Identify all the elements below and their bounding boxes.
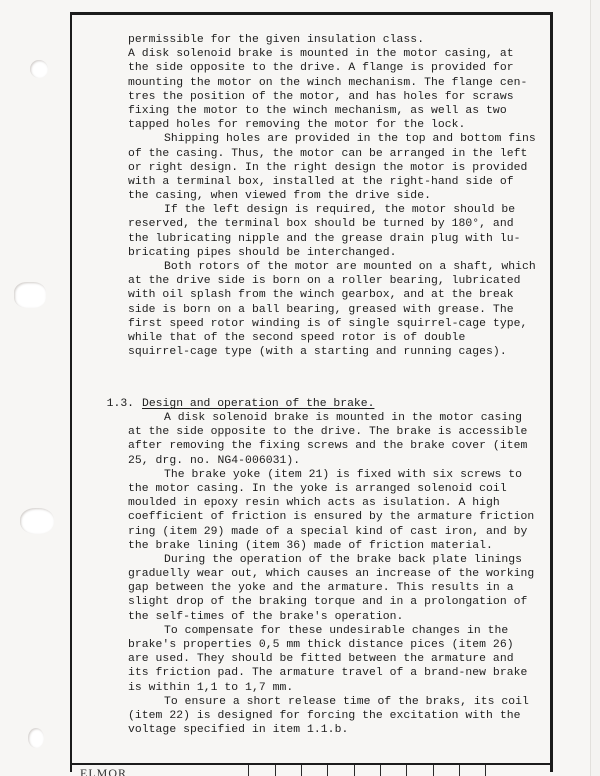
text-line: graduelly wear out, which causes an incr… <box>128 567 558 581</box>
text-line: Both rotors of the motor are mounted on … <box>128 260 558 274</box>
text-line: moulded in epoxy resin which acts as isu… <box>128 496 558 510</box>
title-block-divider <box>459 765 460 776</box>
text-line: the lubricating nipple and the grease dr… <box>128 232 558 246</box>
title-block-divider <box>327 765 328 776</box>
text-line: squirrel-cage type (with a starting and … <box>128 345 558 359</box>
title-block-divider <box>301 765 302 776</box>
punch-hole-lower-middle <box>20 508 54 534</box>
section-title: Design and operation of the brake. <box>142 398 374 410</box>
text-line: coefficient of friction is ensured by th… <box>128 510 558 524</box>
text-line: The brake yoke (item 21) is fixed with s… <box>128 468 558 482</box>
text-line: To ensure a short release time of the br… <box>128 695 558 709</box>
title-block-divider <box>248 765 249 776</box>
text-line: To compensate for these undesirable chan… <box>128 624 558 638</box>
text-line: brake's properties 0,5 mm thick distance… <box>128 638 558 652</box>
text-line: If the left design is required, the moto… <box>128 203 558 217</box>
text-line: During the operation of the brake back p… <box>128 553 558 567</box>
text-line: is within 1,1 to 1,7 mm. <box>128 681 558 695</box>
text-line: of the casing. Thus, the motor can be ar… <box>128 147 558 161</box>
title-block-divider <box>354 765 355 776</box>
text-line: permissible for the given insulation cla… <box>128 33 558 47</box>
text-line: slight drop of the braking torque and in… <box>128 595 558 609</box>
text-line: voltage specified in item 1.1.b. <box>128 723 558 737</box>
text-line: A disk solenoid brake is mounted in the … <box>128 47 558 61</box>
punch-hole-upper-middle <box>14 282 46 308</box>
title-block-divider <box>485 765 486 776</box>
text-line: the casing, when viewed from the drive s… <box>128 189 558 203</box>
text-line: at the drive side is born on a roller be… <box>128 274 558 288</box>
text-line: side is born on a ball bearing, greased … <box>128 303 558 317</box>
title-block-divider <box>433 765 434 776</box>
text-line: its friction pad. The armature travel of… <box>128 666 558 680</box>
punch-hole-bottom <box>28 728 44 748</box>
text-line: the side opposite to the drive. A flange… <box>128 61 558 75</box>
section-number: 1.3. <box>107 398 134 410</box>
text-line: with oil splash from the winch gearbox, … <box>128 288 558 302</box>
section-1-2-continuation: permissible for the given insulation cla… <box>128 33 558 359</box>
text-line: reserved, the terminal box should be tur… <box>128 217 558 231</box>
title-block-divider <box>380 765 381 776</box>
text-line: after removing the fixing screws and the… <box>128 439 558 453</box>
text-line: the motor casing. In the yoke is arrange… <box>128 482 558 496</box>
text-line: the brake lining (item 36) made of frict… <box>128 539 558 553</box>
text-line: bricating pipes should be interchanged. <box>128 246 558 260</box>
text-line: first speed rotor winding is of single s… <box>128 317 558 331</box>
title-block: ELMOR <box>70 763 553 776</box>
text-line: while that of the second speed rotor is … <box>128 331 558 345</box>
text-line: fixing the motor to the winch mechanism,… <box>128 104 558 118</box>
text-line: ring (item 29) made of a special kind of… <box>128 525 558 539</box>
title-block-divider <box>275 765 276 776</box>
text-line: mounting the motor on the winch mechanis… <box>128 76 558 90</box>
text-line: 25, drg. no. NG4-006031). <box>128 454 558 468</box>
title-block-label: ELMOR <box>80 766 127 776</box>
section-heading: 1.3.Design and operation of the brake. <box>93 383 374 411</box>
text-line: at the side opposite to the drive. The b… <box>128 425 558 439</box>
text-line: tres the position of the motor, and has … <box>128 90 558 104</box>
punch-hole-top <box>30 60 48 78</box>
text-line: with a terminal box, installed at the ri… <box>128 175 558 189</box>
text-line: are used. They should be fitted between … <box>128 652 558 666</box>
section-1-3-body: A disk solenoid brake is mounted in the … <box>128 411 558 737</box>
title-block-divider <box>406 765 407 776</box>
text-line: or right design. In the right design the… <box>128 161 558 175</box>
text-line: A disk solenoid brake is mounted in the … <box>128 411 558 425</box>
text-line: Shipping holes are provided in the top a… <box>128 132 558 146</box>
text-line: gap between the yoke and the armature. T… <box>128 581 558 595</box>
text-line: (item 22) is designed for forcing the ex… <box>128 709 558 723</box>
text-line: tapped holes for removing the motor for … <box>128 118 558 132</box>
text-line: the self-times of the brake's operation. <box>128 610 558 624</box>
